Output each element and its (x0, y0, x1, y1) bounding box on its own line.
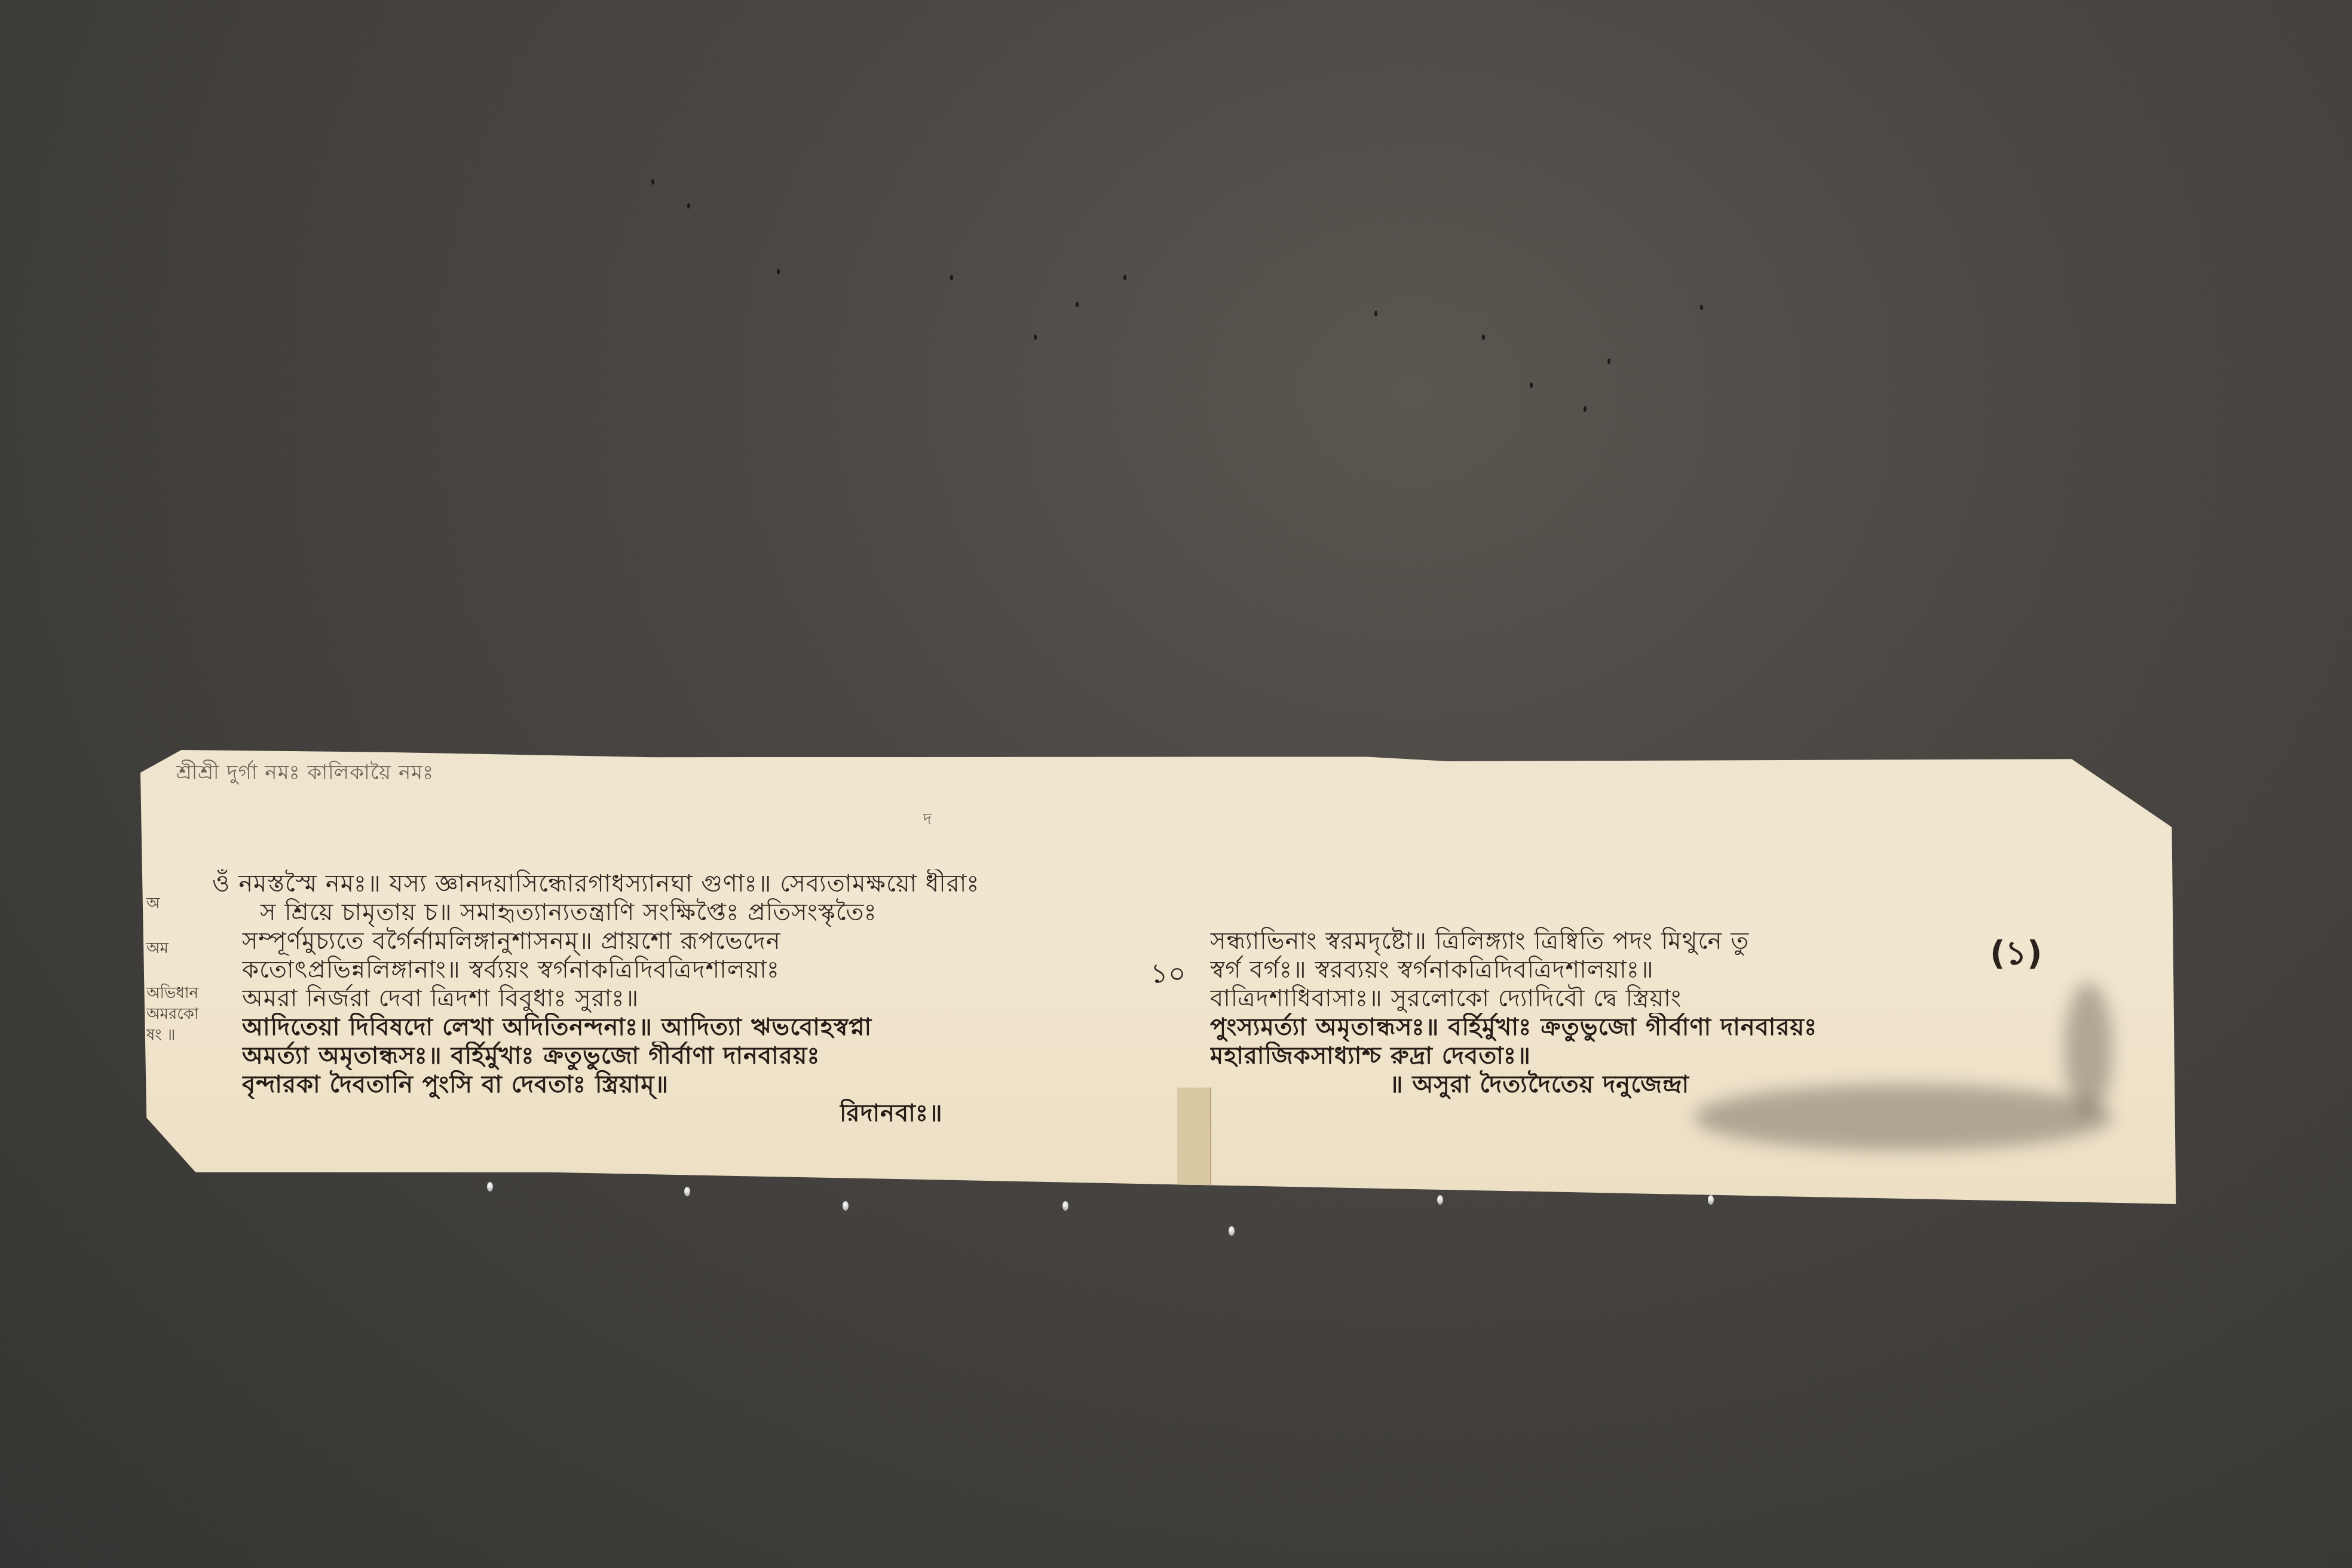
text-line: ॥ অসুরা দৈত্যদৈতেয় দনুজেন্দ্রা (1389, 1070, 1987, 1099)
board-speck (1076, 302, 1079, 307)
board-speck (1530, 382, 1533, 388)
manuscript-header: শ্রীশ্রী দুর্গা নমঃ কালিকায়ৈ নমঃ (176, 757, 434, 791)
ink-smudge (2065, 983, 2112, 1114)
leaf-number: ১০ (1150, 953, 1186, 999)
pin (1708, 1195, 1714, 1205)
text-line: কতোৎপ্রভিন্নলিঙ্গানাং॥ স্বর্ব্যয়ং স্বর্… (242, 955, 1138, 984)
text-line: ওঁ নমস্তস্মৈ নমঃ॥ যস্য জ্ঞানদয়াসিন্ধোরগ… (212, 869, 2005, 898)
margin-note: অভিধান অমরকো ষং ॥ (146, 983, 218, 1046)
board-speck (1584, 406, 1587, 412)
board-speck (1374, 311, 1377, 316)
margin-note: অম (146, 938, 236, 959)
board-speck (1034, 335, 1037, 340)
board-speck (777, 269, 780, 274)
left-text-column: ওঁ নমস্তস্মৈ নমঃ॥ যস্য জ্ঞানদয়াসিন্ধোরগ… (242, 869, 1138, 1128)
text-line: অমরা নির্জরা দেবা ত্রিদশা বিবুধাঃ সুরাঃ॥ (242, 984, 1138, 1013)
pin (1437, 1195, 1443, 1205)
pin (1229, 1226, 1235, 1236)
margin-notes: অ অম অভিধান অমরকো ষং ॥ (146, 893, 236, 1070)
text-line: সন্ধ্যাভিনাং স্বরমদৃষ্টো॥ ত্রিলিঙ্গ্যাং … (1210, 927, 1987, 955)
board-speck (1123, 275, 1126, 280)
text-line: স শ্রিয়ে চামৃতায় চ॥ সমাহৃত্যান্যতন্ত্র… (260, 898, 1993, 927)
small-mark: দ (923, 807, 932, 833)
manuscript-leaf: শ্রীশ্রী দুর্গা নমঃ কালিকায়ৈ নমঃ দ অ অম… (140, 750, 2184, 1204)
text-line: মহারাজিকসাধ্যাশ্চ রুদ্রা দেবতাঃ॥ (1210, 1042, 1987, 1070)
text-line: রিদানবাঃ॥ (840, 1099, 1138, 1128)
text-line: বাত্রিদশাধিবাসাঃ॥ সুরলোকো দ্যোদিবৌ দ্বে … (1210, 984, 1987, 1013)
right-text-column: সন্ধ্যাভিনাং স্বরমদৃষ্টো॥ ত্রিলিঙ্গ্যাং … (1210, 927, 1987, 1099)
pin (1062, 1201, 1068, 1211)
page-number: (১) (1990, 927, 2042, 984)
text-line: স্বর্গ বর্গঃ॥ স্বরব্যয়ং স্বর্গনাকত্রিদি… (1210, 955, 1987, 984)
board-speck (950, 275, 953, 280)
board-speck (1482, 335, 1485, 340)
text-line: বৃন্দারকা দৈবতানি পুংসি বা দেবতাঃ স্ত্রি… (242, 1070, 1138, 1099)
tape-strip (1177, 1088, 1211, 1204)
board-speck (651, 179, 654, 185)
pin (684, 1187, 690, 1196)
board-speck (1700, 305, 1703, 310)
text-line: সম্পূর্ণমুচ্যতে বর্গৈর্নামলিঙ্গানুশাসনম্… (242, 927, 1138, 955)
board-speck (687, 203, 690, 209)
pin (487, 1182, 493, 1192)
board-speck (1607, 359, 1610, 364)
text-line: অমর্ত্যা অমৃতান্ধসঃ॥ বর্হির্মুখাঃ ক্রতুভ… (242, 1042, 1138, 1070)
text-line: আদিতেয়া দিবিষদো লেখা অদিতিনন্দনাঃ॥ আদিত… (242, 1013, 1138, 1042)
pin (843, 1201, 849, 1211)
text-line: পুংস্যমর্ত্যা অমৃতান্ধসঃ॥ বর্হির্মুখাঃ ক… (1210, 1013, 1987, 1042)
